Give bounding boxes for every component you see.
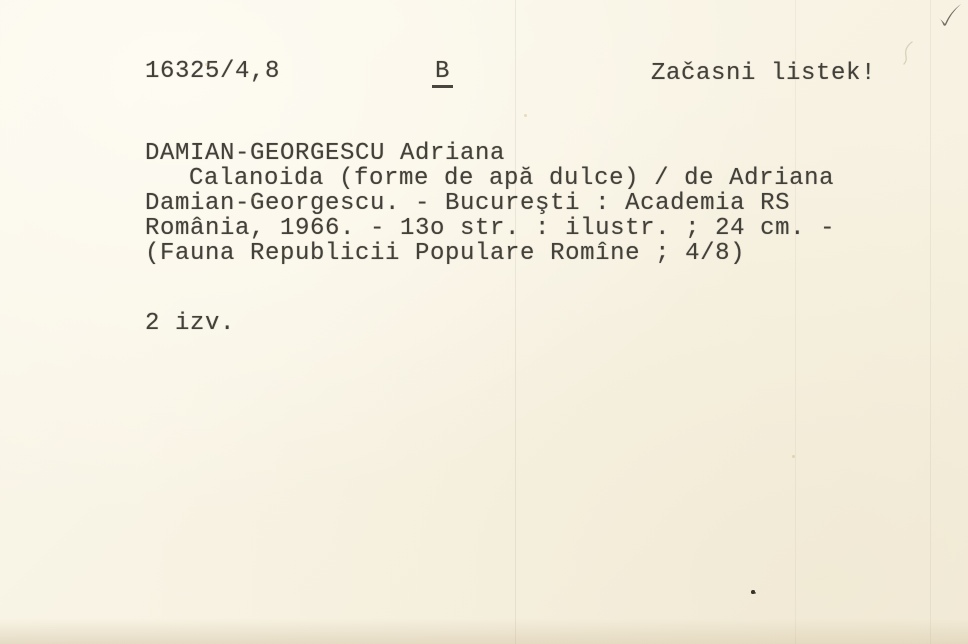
ink-speck: [751, 590, 755, 594]
temporary-slip-label: Začasni listek!: [651, 61, 876, 86]
paper-speck: [205, 63, 208, 66]
entry-imprint-line: Damian-Georgescu. - Bucureşti : Academia…: [145, 191, 790, 216]
paper-speck: [792, 455, 795, 458]
section-letter: B: [432, 59, 453, 88]
paper-crease: [930, 0, 931, 644]
paper-speck: [252, 196, 255, 199]
checkmark-icon: [932, 0, 966, 32]
call-number: 16325/4,8: [145, 59, 280, 84]
paper-crease: [515, 0, 516, 644]
entry-title-line: Calanoida (forme de apă dulce) / de Adri…: [189, 166, 834, 191]
entry-series-line: (Fauna Republicii Populare Romîne ; 4/8): [145, 241, 745, 266]
entry-collation-line: România, 1966. - 13o str. : ilustr. ; 24…: [145, 216, 835, 241]
paper-speck: [524, 114, 527, 117]
copies-note: 2 izv.: [145, 311, 235, 336]
pencil-smudge: [898, 40, 920, 66]
paper-crease: [795, 0, 796, 644]
entry-heading: DAMIAN-GEORGESCU Adriana: [145, 141, 505, 166]
catalog-card: 16325/4,8 B Začasni listek! DAMIAN-GEORG…: [0, 0, 968, 644]
